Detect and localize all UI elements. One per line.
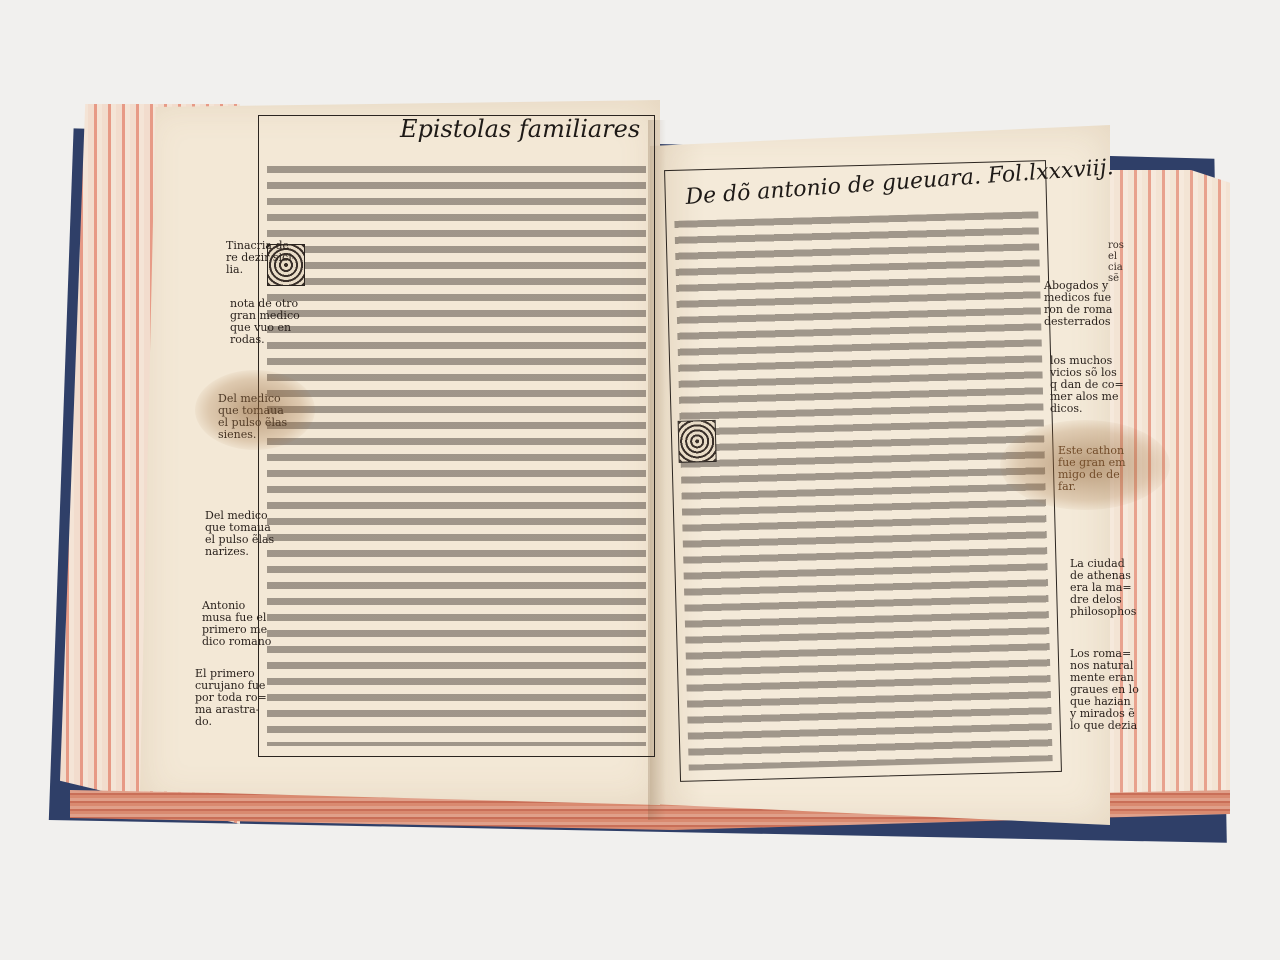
margin-note: Del medico que tomaua el pulso ẽlas nari… (205, 510, 274, 558)
margin-note: Antonio musa fue el primero me dico roma… (202, 600, 271, 648)
margin-note: nota de otro gran medico que vuo en roda… (230, 298, 300, 346)
right-body-text (674, 211, 1052, 770)
next-page-edge-text: ros el cia sẽ (1108, 240, 1124, 284)
left-text-block (258, 115, 655, 757)
margin-note: La ciudad de athenas era la ma= dre delo… (1070, 558, 1136, 618)
margin-note: los muchos vicios sõ los q dan de co= me… (1050, 355, 1124, 415)
margin-note: Abogados y medicos fue ron de roma deste… (1044, 280, 1112, 328)
left-body-text (267, 166, 646, 746)
margin-note: El primero curujano fue por toda ro= ma … (195, 668, 267, 728)
decorated-initial-icon (678, 420, 717, 463)
margin-note: Tinacria de re dezir sici- lia. (226, 240, 295, 276)
water-stain (1000, 420, 1170, 510)
margin-note: Los roma= nos natural mente eran graues … (1070, 648, 1139, 732)
left-running-head: Epistolas familiares (400, 115, 640, 143)
water-stain (195, 370, 315, 450)
